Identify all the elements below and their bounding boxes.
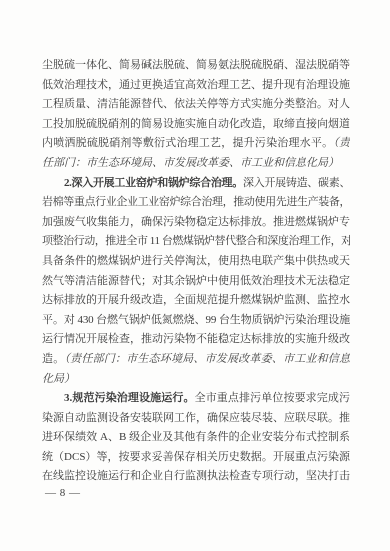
text-line: 加强废气收集能力，确保污染物稳定达标排放。推进燃煤锅炉专	[42, 213, 350, 233]
responsible-dept-line: 化局）	[42, 370, 350, 390]
page-number: — 8 —	[45, 486, 81, 500]
text-segment: 深入开展铸造、碳素、	[243, 177, 350, 189]
text-line: 3.规范污染治理设施运行。全市重点排污单位按要求完成污	[42, 389, 350, 409]
section-3-heading: 3.规范污染治理设施运行。	[64, 392, 195, 404]
responsible-dept-segment: （责	[333, 137, 350, 149]
text-line: 内喷洒脱硫脱硝剂等敷衍式治理工艺，提升污染治理水平。（责	[42, 134, 350, 154]
text-line: 项整治行动，推进全市 11 台燃煤锅炉替代整合和深度治理工作，对	[42, 232, 350, 252]
text-line: 染源自动监测设备安装联网工作，确保应装尽装、应联尽联。推	[42, 409, 350, 429]
text-segment: 内喷洒脱硫脱硝剂等敷衍式治理工艺，提升污染治理水平。	[42, 137, 333, 149]
text-line: 造。（责任部门：市生态环境局、市发展改革委、市工业和信息	[42, 350, 350, 370]
text-line: 2.深入开展工业窑炉和锅炉综合治理。深入开展铸造、碳素、	[42, 174, 350, 194]
text-line: 尘脱硫一体化、简易碱法脱硫、简易氨法脱硫脱硝、湿法脱硝等	[42, 56, 350, 76]
text-segment: 造。	[42, 353, 64, 365]
text-line: 具备条件的燃煤锅炉进行关停淘汰，使用热电联产集中供热或天	[42, 252, 350, 272]
text-line: 工程质量、清洁能源替代、依法关停等方式实施分类整治。对人	[42, 95, 350, 115]
text-line: 然气等清洁能源替代；对其余锅炉中使用低效治理技术无法稳定	[42, 272, 350, 292]
responsible-dept-line: 任部门：市生态环境局、市发展改革委、市工业和信息化局）	[42, 154, 350, 174]
text-line: 统（DCS）等，按要求妥善保存相关历史数据。开展重点污染源	[42, 448, 350, 468]
document-body: 尘脱硫一体化、简易碱法脱硫、简易氨法脱硫脱硝、湿法脱硝等 低效治理技术，通过更换…	[42, 56, 350, 487]
section-2-heading: 2.深入开展工业窑炉和锅炉综合治理。	[64, 177, 243, 189]
text-line: 工投加脱硫脱硝剂的简易设施实施自动化改造，取缔直接向烟道	[42, 115, 350, 135]
text-line: 在线监控设施运行和企业自行监测执法检查专项行动，坚决打击	[42, 467, 350, 487]
text-line: 岩棉等重点行业企业工业窑炉综合治理，推动使用先进生产装备，	[42, 193, 350, 213]
text-line: 达标排放的开展升级改造，全面规范提升燃煤锅炉监测、监控水	[42, 291, 350, 311]
text-line: 低效治理技术，通过更换适宜高效治理工艺、提升现有治理设施	[42, 76, 350, 96]
text-line: 进环保绩效 A、B 级企业及其他有条件的企业安装分布式控制系	[42, 428, 350, 448]
text-segment: 全市重点排污单位按要求完成污	[195, 392, 350, 404]
text-line: 平。对 430 台燃气锅炉低氮燃烧、99 台生物质锅炉污染治理设施	[42, 311, 350, 331]
text-line: 运行情况开展检查，推动污染物不能稳定达标排放的实施升级改	[42, 330, 350, 350]
responsible-dept-segment: （责任部门：市生态环境局、市发展改革委、市工业和信息	[64, 353, 350, 365]
document-page: 尘脱硫一体化、简易碱法脱硫、简易氨法脱硫脱硝、湿法脱硝等 低效治理技术，通过更换…	[0, 0, 390, 551]
